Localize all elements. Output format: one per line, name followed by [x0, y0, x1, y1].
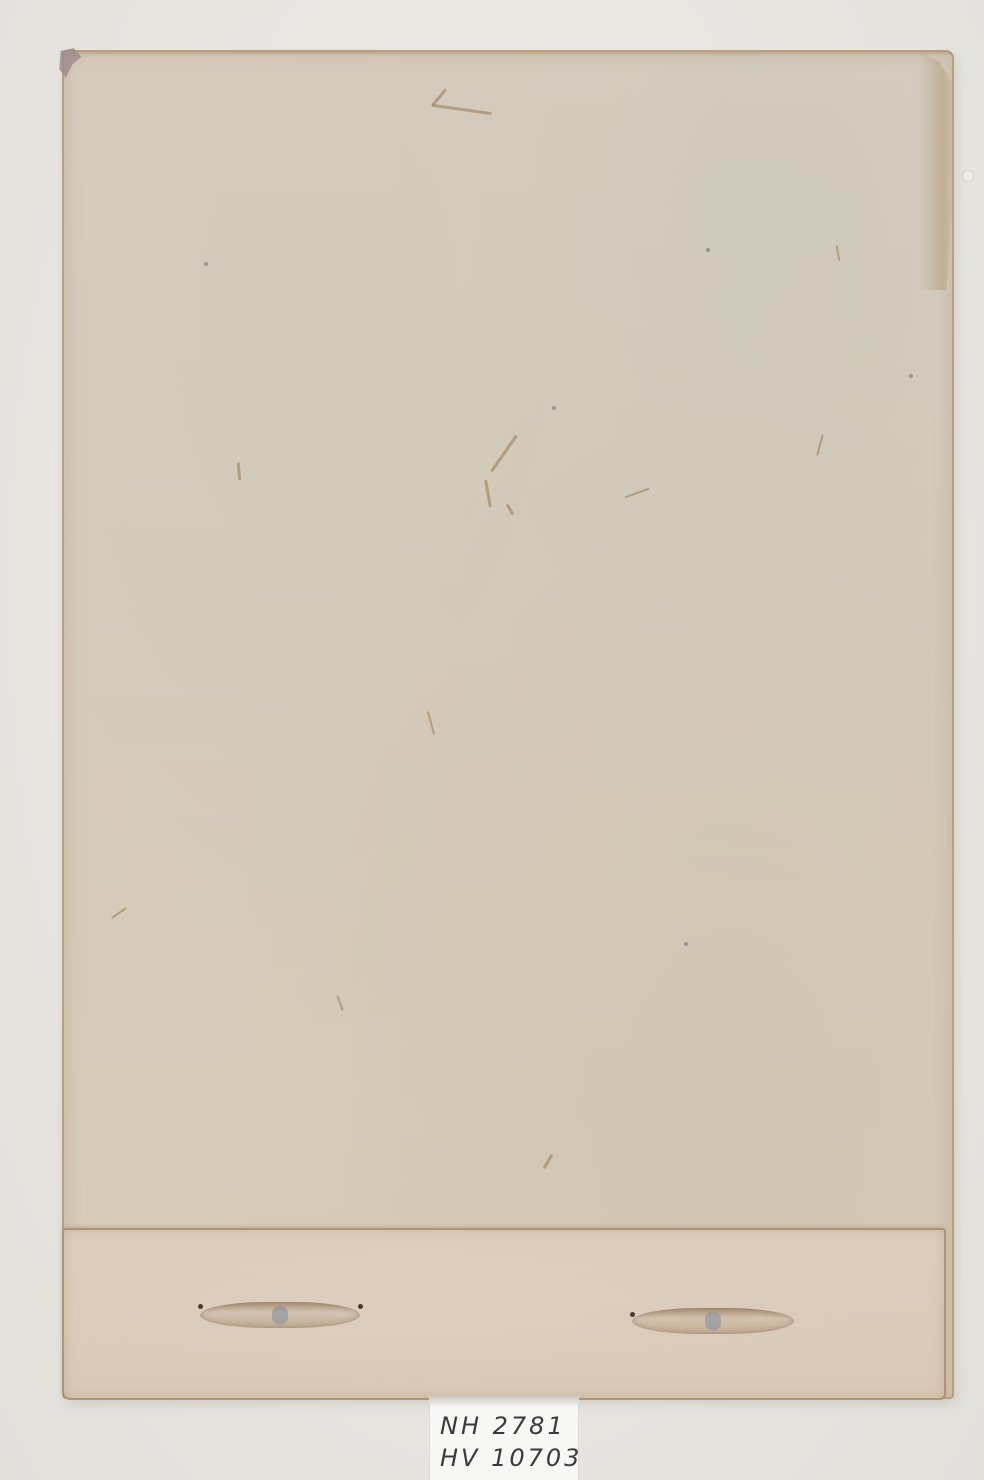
- paper-fiber: [816, 434, 824, 456]
- binding-strip: [62, 1228, 946, 1400]
- binding-stitch-right: [632, 1308, 794, 1334]
- paper-fiber: [543, 1154, 554, 1169]
- paper-fiber: [484, 479, 492, 507]
- worn-right-edge: [918, 50, 954, 290]
- paper-fiber: [237, 462, 242, 480]
- paper-fiber: [336, 995, 343, 1011]
- paper-fiber: [111, 907, 127, 919]
- paper-fiber: [490, 435, 518, 473]
- stitch-hole: [358, 1304, 363, 1309]
- stitch-hole: [630, 1312, 635, 1317]
- catalogue-number-line-1: NH 2781: [440, 1414, 566, 1438]
- paper-top-edge: [64, 52, 952, 56]
- paper-fiber: [427, 711, 435, 735]
- paper-speck: [909, 374, 913, 378]
- catalogue-label: NH 2781 HV 10703: [429, 1396, 579, 1480]
- paper-speck: [204, 262, 208, 266]
- paper-speck: [684, 942, 688, 946]
- paper-speck: [552, 406, 556, 410]
- paper-fiber: [432, 104, 492, 115]
- paper-fiber: [624, 488, 649, 499]
- paper-fiber: [506, 504, 515, 516]
- binding-stitch-left: [200, 1302, 360, 1328]
- catalogue-number-line-2: HV 10703: [440, 1446, 582, 1470]
- document-back-cover: [62, 50, 954, 1399]
- paper-speck: [706, 248, 710, 252]
- label-shadow: [430, 1396, 578, 1406]
- background-mark: [962, 170, 974, 182]
- stitch-hole: [198, 1304, 203, 1309]
- paper-fiber: [836, 245, 841, 261]
